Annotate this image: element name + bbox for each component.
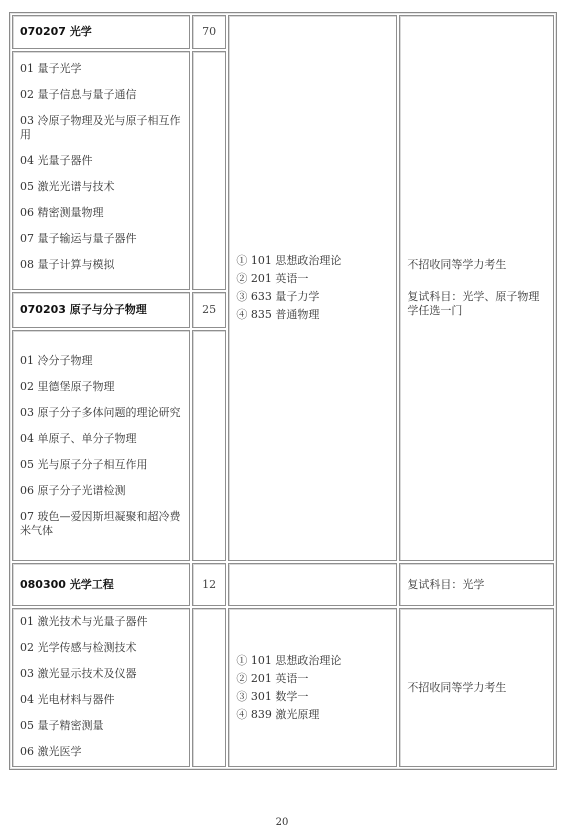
exam-item: ③ 301 数学一 — [236, 688, 389, 706]
major-header-optical-eng: 080300 光学工程 — [12, 563, 190, 606]
page-number: 20 — [0, 817, 564, 828]
direction-item: 04 光电材料与器件 — [20, 687, 182, 713]
note-no-equivalent: 不招收同等学力考生 — [407, 258, 546, 272]
direction-item: 05 光与原子分子相互作用 — [20, 452, 182, 478]
direction-item: 04 光量子器件 — [20, 148, 182, 174]
direction-item: 07 玻色—爱因斯坦凝聚和超冷费米气体 — [20, 504, 182, 544]
direction-item: 06 原子分子光谱检测 — [20, 478, 182, 504]
quota-optical-eng: 12 — [192, 563, 226, 606]
direction-item: 01 冷分子物理 — [20, 348, 182, 374]
direction-item: 04 单原子、单分子物理 — [20, 426, 182, 452]
admissions-table: 070207 光学 70 ① 101 思想政治理论 ② 201 英语一 ③ 63… — [9, 12, 557, 770]
quota-atomic: 25 — [192, 292, 226, 328]
direction-item: 03 冷原子物理及光与原子相互作用 — [20, 108, 182, 148]
exam-item: ③ 633 量子力学 — [236, 288, 389, 306]
notes-group2: 不招收同等学力考生 — [399, 608, 554, 767]
direction-item: 03 激光显示技术及仪器 — [20, 661, 182, 687]
direction-item: 05 量子精密测量 — [20, 713, 182, 739]
exam-item: ② 201 英语一 — [236, 270, 389, 288]
exam-item: ① 101 思想政治理论 — [236, 252, 389, 270]
directions-atomic: 01 冷分子物理 02 里德堡原子物理 03 原子分子多体问题的理论研究 04 … — [12, 330, 190, 561]
exam-subjects-group1: ① 101 思想政治理论 ② 201 英语一 ③ 633 量子力学 ④ 835 … — [228, 15, 397, 561]
direction-item: 08 量子计算与模拟 — [20, 252, 182, 278]
direction-item: 02 量子信息与量子通信 — [20, 82, 182, 108]
quota-blank — [192, 51, 226, 290]
direction-item: 01 激光技术与光量子器件 — [20, 609, 182, 635]
direction-item: 02 光学传感与检测技术 — [20, 635, 182, 661]
direction-item: 06 精密测量物理 — [20, 200, 182, 226]
exam-subjects-group2: ① 101 思想政治理论 ② 201 英语一 ③ 301 数学一 ④ 839 激… — [228, 608, 397, 767]
notes-group1: 不招收同等学力考生 复试科目：光学、原子物理学任选一门 — [399, 15, 554, 561]
direction-item: 01 量子光学 — [20, 56, 182, 82]
direction-item: 05 激光光谱与技术 — [20, 174, 182, 200]
major-header-atomic: 070203 原子与分子物理 — [12, 292, 190, 328]
direction-item: 02 里德堡原子物理 — [20, 374, 182, 400]
exam-item: ④ 835 普通物理 — [236, 306, 389, 324]
exam-item: ④ 839 激光原理 — [236, 706, 389, 724]
direction-item: 07 量子输运与量子器件 — [20, 226, 182, 252]
exam-item: ① 101 思想政治理论 — [236, 652, 389, 670]
exam-item: ② 201 英语一 — [236, 670, 389, 688]
quota-optics: 70 — [192, 15, 226, 49]
directions-optics: 01 量子光学 02 量子信息与量子通信 03 冷原子物理及光与原子相互作用 0… — [12, 51, 190, 290]
exam-blank — [228, 563, 397, 606]
direction-item: 06 激光医学 — [20, 739, 182, 765]
directions-optical-eng: 01 激光技术与光量子器件 02 光学传感与检测技术 03 激光显示技术及仪器 … — [12, 608, 190, 767]
quota-blank — [192, 330, 226, 561]
note-retest-subjects: 复试科目：光学、原子物理学任选一门 — [407, 290, 546, 318]
direction-item: 03 原子分子多体问题的理论研究 — [20, 400, 182, 426]
note-retest-optics: 复试科目：光学 — [399, 563, 554, 606]
major-header-optics: 070207 光学 — [12, 15, 190, 49]
quota-blank — [192, 608, 226, 767]
